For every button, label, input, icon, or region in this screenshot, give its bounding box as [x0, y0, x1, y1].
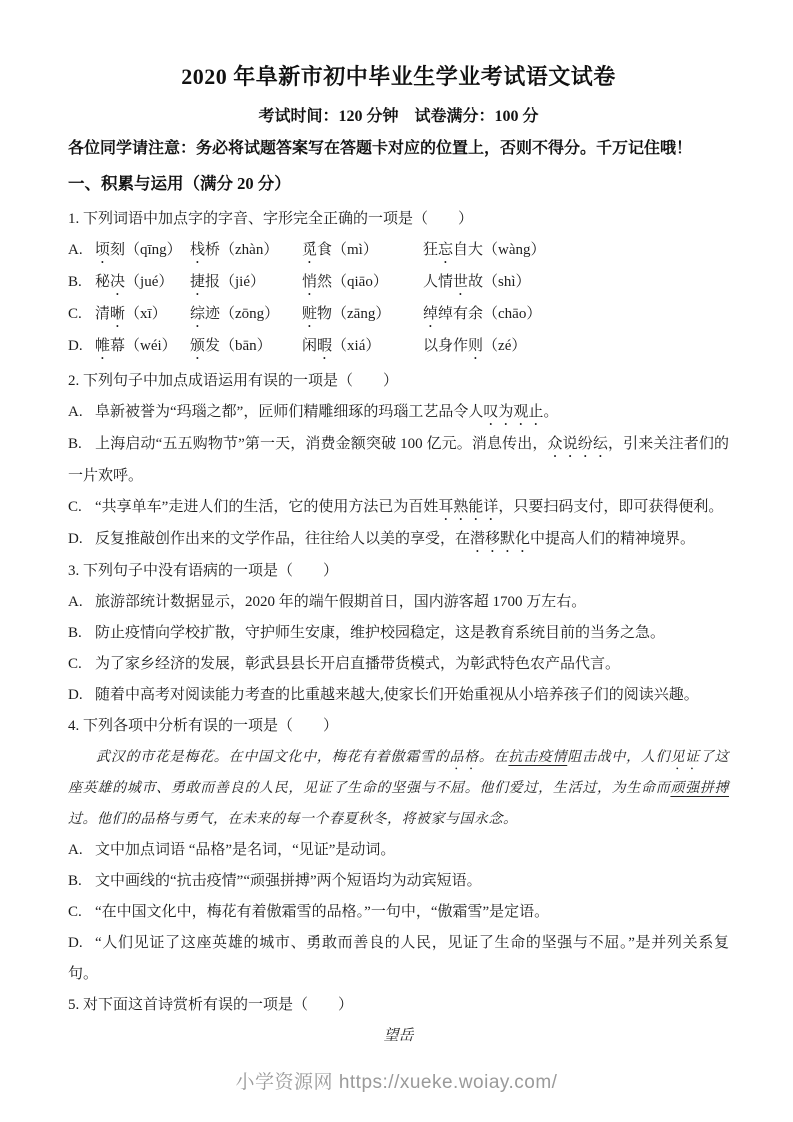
- text-segment: 幕（wéi）: [110, 338, 177, 354]
- dotted-segment: 叹为观止: [483, 404, 543, 420]
- q1-option-c-tag: C.: [68, 299, 95, 331]
- dotted-segment: 觅: [302, 242, 317, 258]
- dotted-segment: 综: [190, 306, 205, 322]
- text-segment: 自大（wàng）: [453, 242, 546, 258]
- dotted-segment: 忘: [438, 242, 453, 258]
- q1-word: 闲暇（xiá）: [302, 331, 423, 363]
- dotted-segment: 耳熟能详: [438, 499, 498, 515]
- q1-option-a-tag: A.: [68, 235, 95, 267]
- text-segment: 人情: [423, 274, 453, 290]
- q1-word: 清晰（xī）: [95, 299, 190, 331]
- q1-word: 捷报（jié）: [190, 267, 302, 299]
- option-tag: B.: [68, 618, 95, 649]
- dotted-segment: 赃: [302, 306, 317, 322]
- dotted-segment: 绰: [423, 306, 438, 322]
- dotted-segment: 潜移默化: [470, 531, 530, 547]
- text-segment: 文中画线的“抗击疫情”“顽强拼搏”两个短语均为动宾短语。: [95, 873, 482, 889]
- option-tag: A.: [68, 397, 95, 428]
- text-segment: “共享单车”走进人们的生活，它的使用方法已为百姓: [95, 499, 438, 515]
- q1-option-d-tag: D.: [68, 331, 95, 363]
- poem-title: 望岳: [68, 1021, 729, 1052]
- q1-word: 顷刻（qīng）: [95, 235, 190, 267]
- exam-info: 考试时间：120 分钟 试卷满分：100 分: [68, 106, 729, 128]
- q4-option-c: C.“在中国文化中，梅花有着傲霜雪的品格。”一句中，“傲霜雪”是定语。: [68, 897, 729, 928]
- q4-passage: 武汉的市花是梅花。在中国文化中，梅花有着傲霜雪的品格。在抗击疫情阻击战中，人们见…: [68, 742, 729, 835]
- text-segment: 阻击战中，人们: [567, 750, 670, 765]
- text-segment: 刻（qīng）: [110, 242, 182, 258]
- q2-option-b: B.上海启动“五五购物节”第一天，消费金额突破 100 亿元。消息传出，众说纷纭…: [68, 429, 729, 492]
- q2-stem: 2. 下列句子中加点成语运用有误的一项是（ ）: [68, 366, 729, 397]
- dotted-segment: 世: [453, 274, 468, 290]
- option-tag: C.: [68, 649, 95, 680]
- q3-stem: 3. 下列句子中没有语病的一项是（ ）: [68, 556, 729, 587]
- text-segment: 防止疫情向学校扩散，守护师生安康，维护校园稳定，这是教育系统目前的当务之急。: [95, 625, 665, 641]
- option-tag: C.: [68, 897, 95, 928]
- watermark-footer: 小学资源网 https://xueke.woiay.com/: [0, 1067, 793, 1094]
- q1-options-grid: A. 顷刻（qīng） 栈桥（zhàn） 觅食（mì） 狂忘自大（wàng） B…: [68, 235, 729, 363]
- q1-word: 人情世故（shì）: [423, 267, 729, 299]
- text-segment: 狂: [423, 242, 438, 258]
- text-segment: （xī）: [125, 306, 167, 322]
- q3-option-c: C.为了家乡经济的发展，彰武县县长开启直播带货模式，为彰武特色农产品代言。: [68, 649, 729, 680]
- text-segment: 发（bān）: [205, 338, 272, 354]
- text-segment: 上海启动“五五购物节”第一天，消费金额突破 100 亿元。消息传出，: [95, 436, 548, 452]
- q2-option-c: C.“共享单车”走进人们的生活，它的使用方法已为百姓耳熟能详，只要扫码支付，即可…: [68, 492, 729, 524]
- section-heading: 一、积累与运用（满分 20 分）: [68, 172, 729, 196]
- text-segment: 反复推敲创作出来的文学作品，往往给人以美的享受，在: [95, 531, 470, 547]
- page-title: 2020 年阜新市初中毕业生学业考试语文试卷: [68, 62, 729, 92]
- option-tag: A.: [68, 835, 95, 866]
- text-segment: 过。他们的品格与勇气，在未来的每一个春夏秋冬，将被家与国永念。: [68, 812, 518, 827]
- dotted-segment: 见证: [670, 750, 699, 765]
- dotted-segment: 栈: [190, 242, 205, 258]
- option-tag: B.: [68, 866, 95, 897]
- q1-word: 综迹（zōng）: [190, 299, 302, 331]
- text-segment: 闲: [302, 338, 317, 354]
- text-segment: （xiá）: [332, 338, 380, 354]
- text-segment: 中提高人们的精神境界。: [530, 531, 695, 547]
- q4-stem: 4. 下列各项中分析有误的一项是（ ）: [68, 711, 729, 742]
- text-segment: 绰有余（chāo）: [438, 306, 541, 322]
- dotted-segment: 暇: [317, 338, 332, 354]
- q1-word: 赃物（zāng）: [302, 299, 423, 331]
- text-segment: ，只要扫码支付，即可获得便利。: [498, 499, 723, 515]
- option-tag: D.: [68, 928, 95, 959]
- text-segment: 食（mì）: [317, 242, 378, 258]
- q4-option-a: A.文中加点词语 “品格”是名词，“见证”是动词。: [68, 835, 729, 866]
- dotted-segment: 决: [110, 274, 125, 290]
- dotted-segment: 则: [468, 338, 483, 354]
- text-segment: 迹（zōng）: [205, 306, 279, 322]
- text-segment: 秘: [95, 274, 110, 290]
- dotted-segment: 悄: [302, 274, 317, 290]
- q1-word: 绰绰有余（chāo）: [423, 299, 729, 331]
- q1-word: 帷幕（wéi）: [95, 331, 190, 363]
- q3-option-d: D.随着中高考对阅读能力考查的比重越来越大,使家长们开始重视从小培养孩子们的阅读…: [68, 680, 729, 711]
- text-segment: 以身作: [423, 338, 468, 354]
- q1-word: 悄然（qiāo）: [302, 267, 423, 299]
- dotted-segment: 捷: [190, 274, 205, 290]
- q2-option-d: D.反复推敲创作出来的文学作品，往往给人以美的享受，在潜移默化中提高人们的精神境…: [68, 524, 729, 556]
- text-segment: 文中加点词语 “品格”是名词，“见证”是动词。: [95, 842, 395, 858]
- option-tag: A.: [68, 587, 95, 618]
- option-tag: C.: [68, 492, 95, 523]
- q4-option-b: B.文中画线的“抗击疫情”“顽强拼搏”两个短语均为动宾短语。: [68, 866, 729, 897]
- text-segment: 阜新被誉为“玛瑙之都”，匠师们精雕细琢的玛瑙工艺品令人: [95, 404, 483, 420]
- text-segment: 报（jié）: [205, 274, 265, 290]
- text-segment: “人们见证了这座英雄的城市、勇敢而善良的人民，见证了生命的坚强与不屈。”是并列关…: [68, 935, 729, 982]
- dotted-segment: 颁: [190, 338, 205, 354]
- text-segment: “在中国文化中，梅花有着傲霜雪的品格。”一句中，“傲霜雪”是定语。: [95, 904, 549, 920]
- text-segment: 清: [95, 306, 110, 322]
- text-segment: 物（zāng）: [317, 306, 390, 322]
- q1-word: 颁发（bān）: [190, 331, 302, 363]
- q1-word: 狂忘自大（wàng）: [423, 235, 729, 267]
- text-segment: 。在: [479, 750, 508, 765]
- q3-option-b: B.防止疫情向学校扩散，守护师生安康，维护校园稳定，这是教育系统目前的当务之急。: [68, 618, 729, 649]
- text-segment: （jué）: [125, 274, 173, 290]
- dotted-segment: 帷: [95, 338, 110, 354]
- option-tag: D.: [68, 524, 95, 555]
- text-segment: 武汉的市花是梅花。在中国文化中，梅花有着傲霜雪的: [96, 750, 449, 765]
- underlined-segment: 抗击疫情: [508, 750, 567, 765]
- q1-word: 栈桥（zhàn）: [190, 235, 302, 267]
- text-segment: 随着中高考对阅读能力考查的比重越来越大,使家长们开始重视从小培养孩子们的阅读兴趣…: [95, 687, 699, 703]
- dotted-segment: 品格: [449, 750, 478, 765]
- q1-option-b-tag: B.: [68, 267, 95, 299]
- q1-word: 以身作则（zé）: [423, 331, 729, 363]
- q5-stem: 5. 对下面这首诗赏析有误的一项是（ ）: [68, 990, 729, 1021]
- text-segment: （zé）: [483, 338, 526, 354]
- q3-option-a: A.旅游部统计数据显示，2020 年的端午假期首日，国内游客超 1700 万左右…: [68, 587, 729, 618]
- text-segment: 为了家乡经济的发展，彰武县县长开启直播带货模式，为彰武特色农产品代言。: [95, 656, 620, 672]
- dotted-segment: 顷: [95, 242, 110, 258]
- underlined-segment: 顽强拼搏: [670, 781, 729, 796]
- q4-option-d: D.“人们见证了这座英雄的城市、勇敢而善良的人民，见证了生命的坚强与不屈。”是并…: [68, 928, 729, 990]
- text-segment: 。: [543, 404, 558, 420]
- option-tag: B.: [68, 429, 95, 460]
- q1-word: 觅食（mì）: [302, 235, 423, 267]
- dotted-segment: 众说纷纭: [548, 436, 609, 452]
- text-segment: 故（shì）: [468, 274, 531, 290]
- q2-option-a: A.阜新被誉为“玛瑙之都”，匠师们精雕细琢的玛瑙工艺品令人叹为观止。: [68, 397, 729, 429]
- dotted-segment: 晰: [110, 306, 125, 322]
- exam-paper-page: 2020 年阜新市初中毕业生学业考试语文试卷 考试时间：120 分钟 试卷满分：…: [0, 0, 793, 1122]
- text-segment: 旅游部统计数据显示，2020 年的端午假期首日，国内游客超 1700 万左右。: [95, 594, 586, 610]
- option-tag: D.: [68, 680, 95, 711]
- q1-stem: 1. 下列词语中加点字的字音、字形完全正确的一项是（ ）: [68, 204, 729, 235]
- q1-word: 秘决（jué）: [95, 267, 190, 299]
- text-segment: 桥（zhàn）: [205, 242, 278, 258]
- notice-line: 各位同学请注意：务必将试题答案写在答题卡对应的位置上，否则不得分。千万记住哦！: [68, 138, 729, 160]
- text-segment: 然（qiāo）: [317, 274, 388, 290]
